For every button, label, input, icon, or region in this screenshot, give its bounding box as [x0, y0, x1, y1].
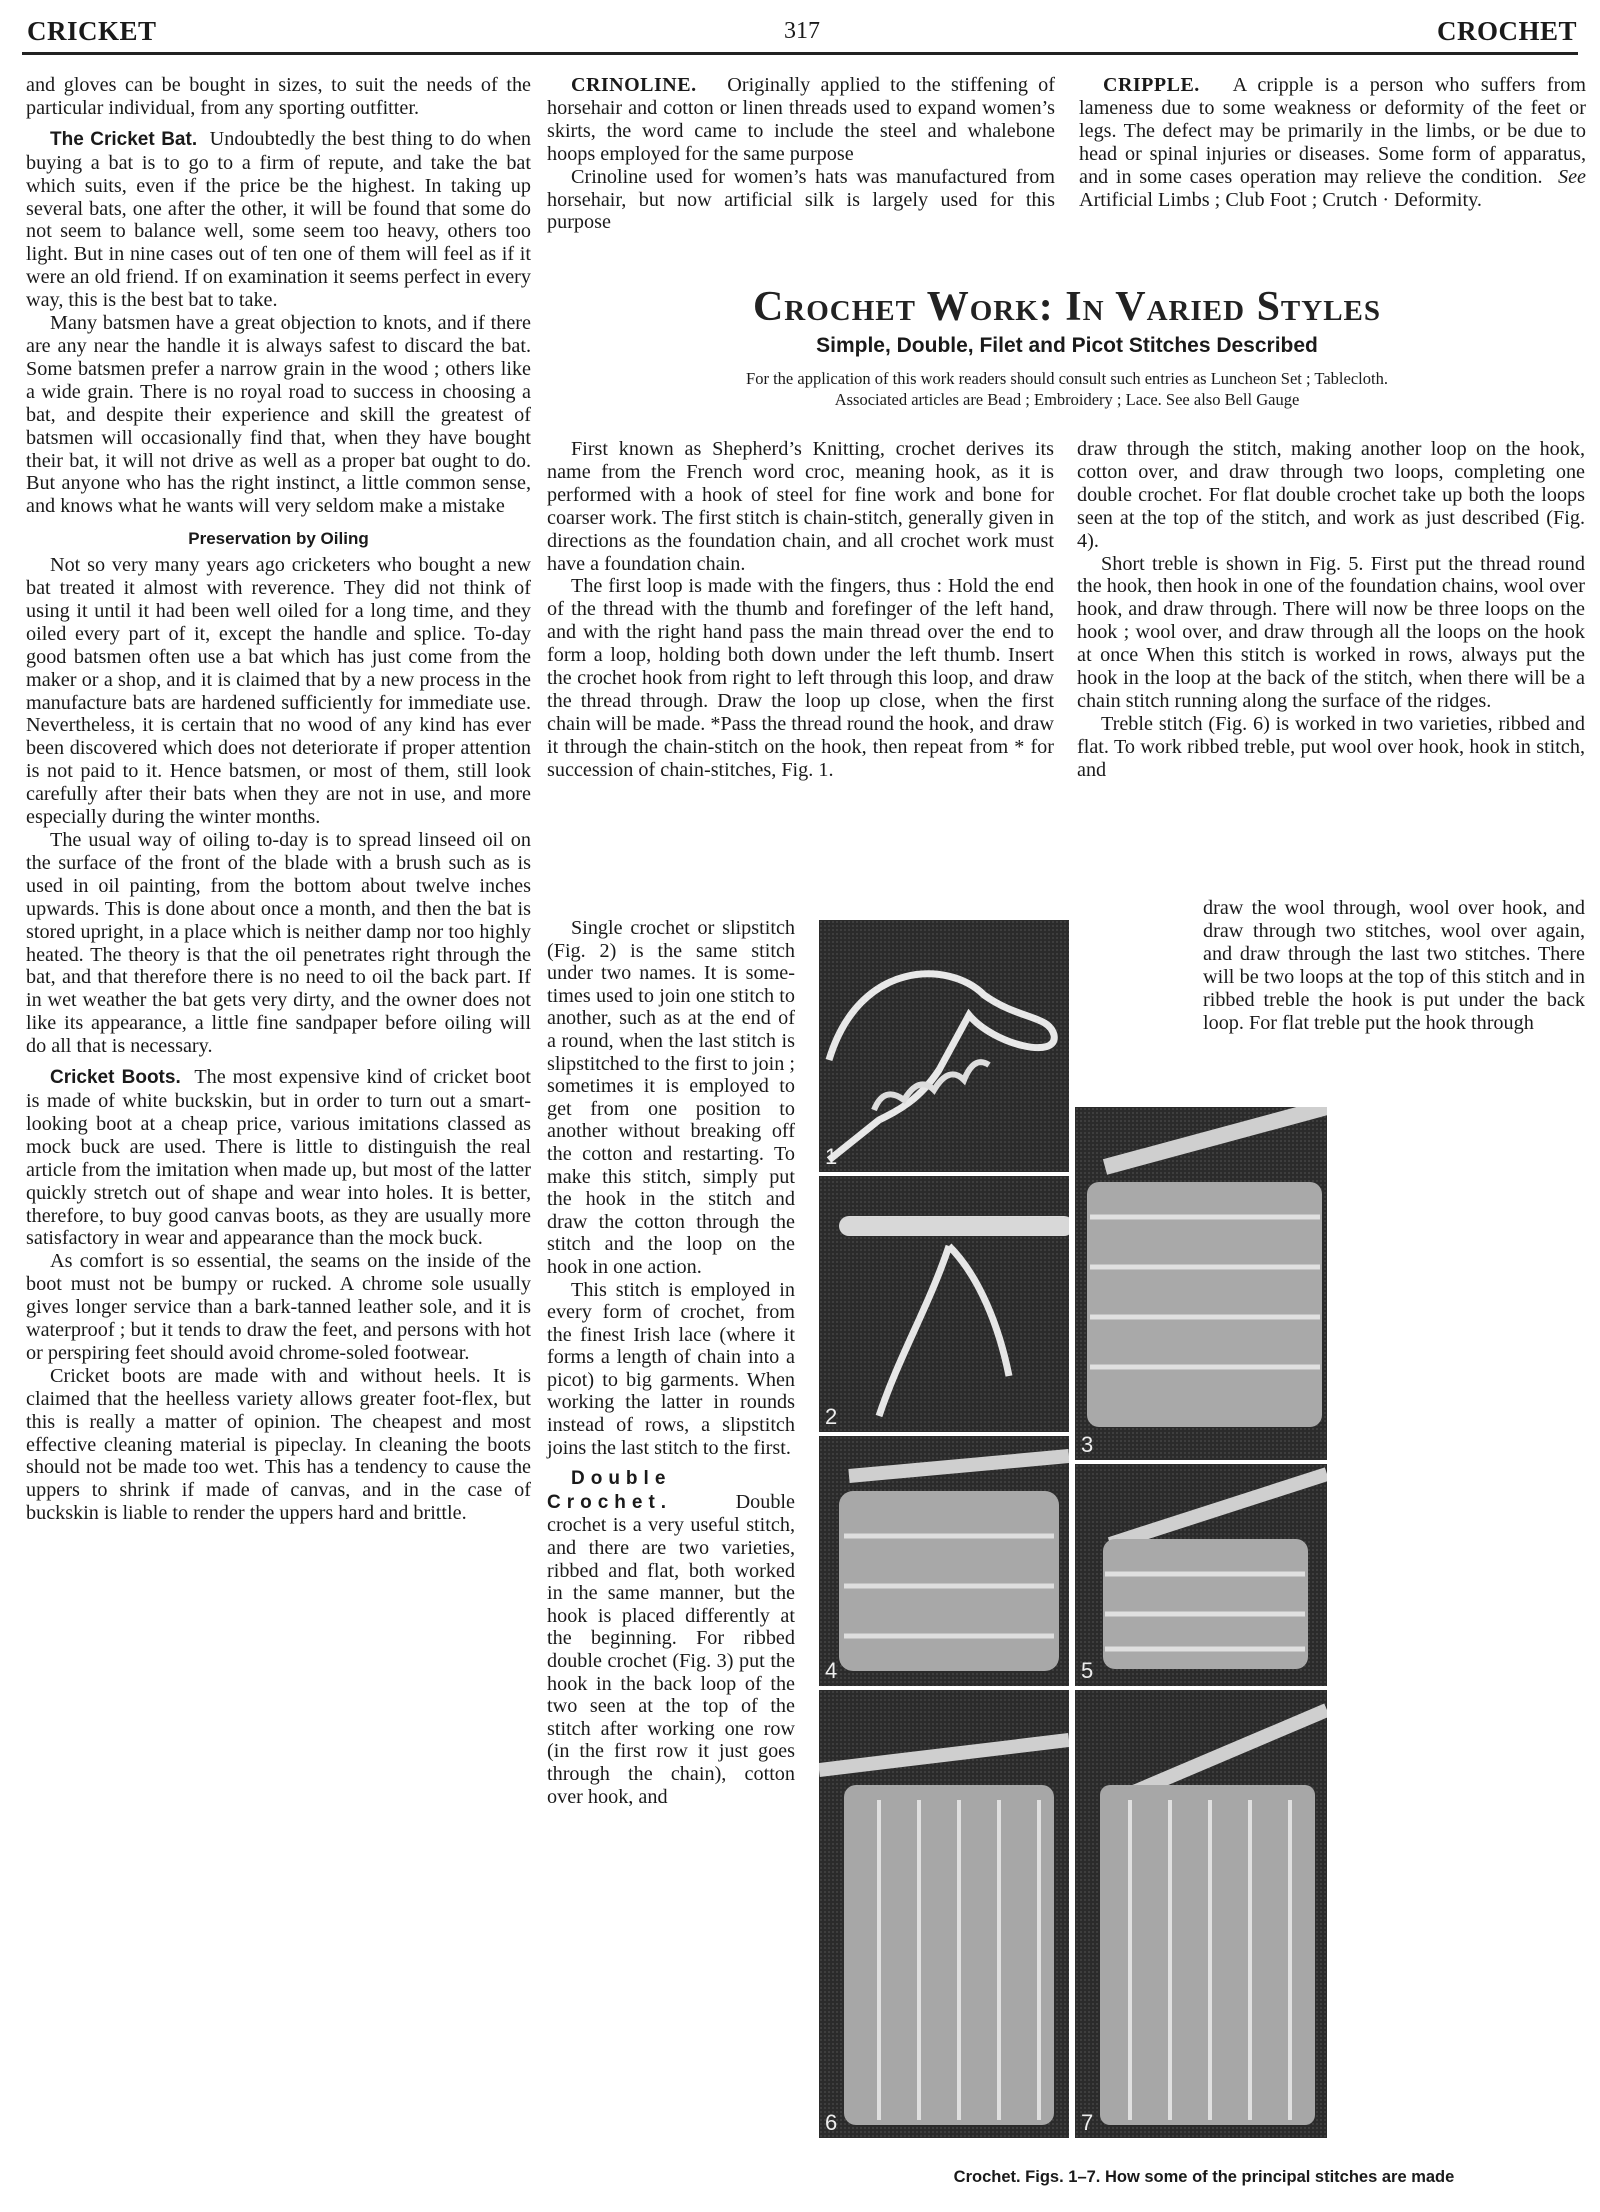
runin-heading: Double Crochet.	[547, 1468, 672, 1513]
crochet-column-3-top: draw through the stitch, making another …	[1077, 438, 1585, 782]
page-number: 317	[27, 18, 1577, 45]
paragraph-cricket-boots: Cricket Boots. The most expensive kind o…	[26, 1066, 531, 1250]
figure-2-slipstitch: 2	[819, 1176, 1069, 1432]
figure-1-chain-stitch: 1	[819, 920, 1069, 1172]
header-rule	[22, 52, 1578, 55]
figure-number: 1	[825, 1144, 837, 1170]
paragraph: This stitch is em­ployed in every form o…	[547, 1279, 795, 1460]
article-title-block: Crochet Work: In Varied Styles Simple, D…	[547, 282, 1587, 410]
crochet-chain-illustration	[819, 920, 1069, 1172]
header-right-keyword: CROCHET	[1437, 16, 1577, 47]
figure-3-ribbed-double-crochet: 3	[1075, 1107, 1327, 1460]
article-title: Crochet Work: In Varied Styles	[547, 282, 1587, 332]
figure-caption: Crochet. Figs. 1–7. How some of the prin…	[820, 2168, 1588, 2187]
crinoline-entry: CRINOLINE. Originally applied to the sti…	[547, 74, 1055, 234]
cross-references: Artificial Limbs ; Club Foot ; Crutch · …	[1079, 189, 1482, 211]
paragraph: Many batsmen have a great objection to k…	[26, 312, 531, 518]
figure-number: 2	[825, 1404, 837, 1430]
article-note: For the application of this work readers…	[547, 368, 1587, 410]
article-subtitle: Simple, Double, Filet and Picot Stitches…	[547, 334, 1587, 358]
paragraph: Single crochet or slipstitch (Fig. 2) is…	[547, 917, 795, 1279]
paragraph: CRINOLINE. Originally applied to the sti…	[547, 74, 1055, 166]
crochet-column-2-top: First known as Shepherd’s Knitting, croc…	[547, 438, 1054, 782]
crochet-swatch-illustration	[1075, 1107, 1327, 1460]
running-header: CRICKET 317 CROCHET	[27, 16, 1577, 56]
cricket-column: and gloves can be bought in sizes, to su…	[26, 74, 531, 1525]
figure-number: 7	[1081, 2110, 1093, 2136]
figure-number: 4	[825, 1658, 837, 1684]
entry-heading: CRINOLINE.	[571, 74, 697, 96]
paragraph: CRIPPLE. A cripple is a person who suffe…	[1079, 74, 1586, 211]
runin-heading: Cricket Boots.	[50, 1067, 181, 1088]
figure-number: 5	[1081, 1658, 1093, 1684]
figure-number: 3	[1081, 1432, 1093, 1458]
paragraph-text: Double crochet is a very useful stitch, …	[547, 1491, 795, 1808]
note-line: Associated articles are Bead ; Embroider…	[547, 389, 1587, 410]
paragraph: Treble stitch (Fig. 6) is worked in two …	[1077, 713, 1585, 782]
note-line: For the application of this work readers…	[547, 368, 1587, 389]
subheading: Preservation by Oiling	[26, 528, 531, 551]
paragraph-text: Undoubtedly the best thing to do when bu…	[26, 128, 531, 311]
paragraph: Crinoline used for women’s hats was manu…	[547, 166, 1055, 235]
paragraph-cricket-bat: The Cricket Bat. Undoubtedly the best th…	[26, 128, 531, 312]
paragraph: As comfort is so essential, the seams on…	[26, 1250, 531, 1365]
paragraph-text: The most expensive kind of cricket boot …	[26, 1066, 531, 1249]
crochet-swatch-illustration	[819, 1436, 1069, 1686]
paragraph: Cricket boots are made with and without …	[26, 1365, 531, 1525]
paragraph: Short treble is shown in Fig. 5. First p…	[1077, 553, 1585, 713]
paragraph: First known as Shepherd’s Knitting, croc…	[547, 438, 1054, 575]
crochet-swatch-illustration	[819, 1690, 1069, 2138]
paragraph: The first loop is made with the fingers,…	[547, 575, 1054, 781]
figure-grid: 1 2 3 4 5 6 7	[819, 920, 1588, 2138]
figure-7-treble-stitch: 7	[1075, 1690, 1327, 2138]
crochet-swatch-illustration	[1075, 1690, 1327, 2138]
paragraph: The usual way of oiling to-day is to spr…	[26, 829, 531, 1058]
figure-6-treble-stitch: 6	[819, 1690, 1069, 2138]
crochet-hook-illustration	[819, 1176, 1069, 1432]
crochet-column-2-narrow: Single crochet or slipstitch (Fig. 2) is…	[547, 917, 795, 1808]
paragraph: and gloves can be bought in sizes, to su…	[26, 74, 531, 120]
crochet-swatch-illustration	[1075, 1464, 1327, 1686]
see-reference-label: See	[1558, 166, 1586, 188]
paragraph: draw through the stitch, making another …	[1077, 438, 1585, 553]
cripple-entry: CRIPPLE. A cripple is a person who suffe…	[1079, 74, 1586, 211]
paragraph: Not so very many years ago cricketers wh…	[26, 554, 531, 829]
figure-5-short-treble: 5	[1075, 1464, 1327, 1686]
paragraph-double-crochet: Double Crochet. Double crochet is a very…	[547, 1467, 795, 1808]
entry-heading: CRIPPLE.	[1103, 74, 1200, 96]
figure-number: 6	[825, 2110, 837, 2136]
runin-heading: The Cricket Bat.	[50, 129, 197, 150]
figure-4-flat-double-crochet: 4	[819, 1436, 1069, 1686]
